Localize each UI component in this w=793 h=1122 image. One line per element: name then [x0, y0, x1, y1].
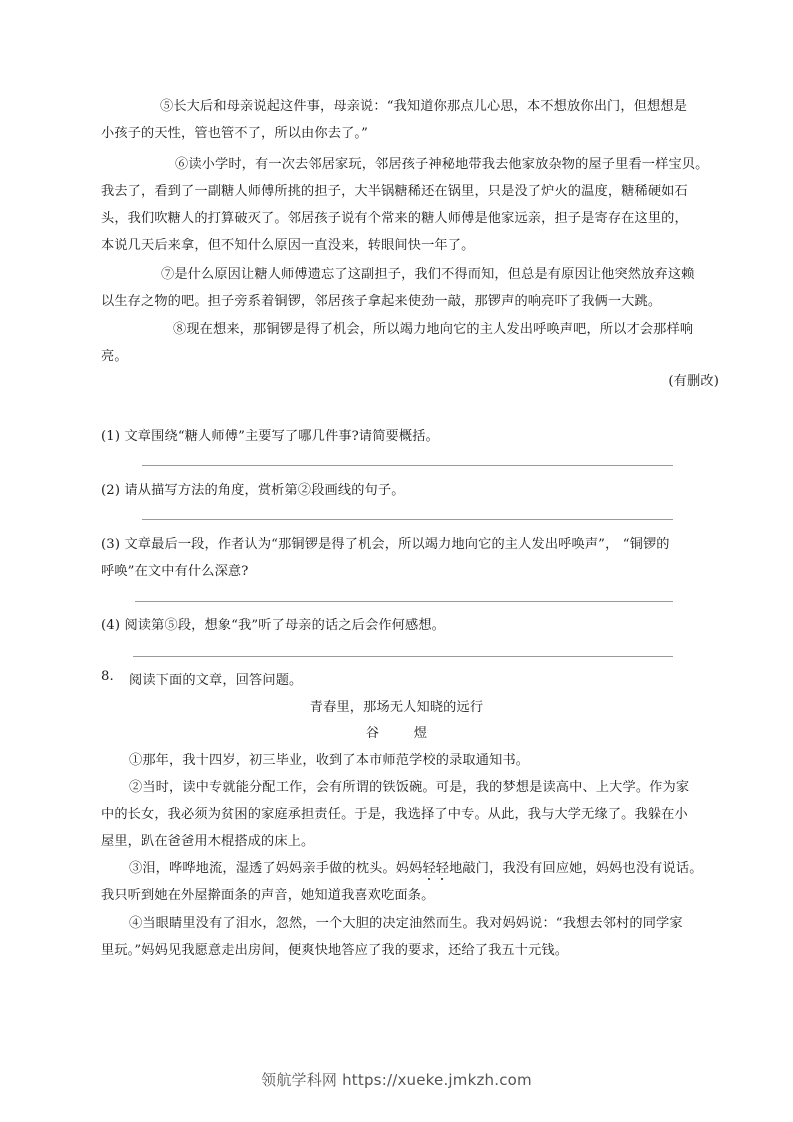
item-8-number: 8. [101, 669, 114, 684]
article-paragraph-3-line-1: ③泪，哗哗地流，湿透了妈妈亲手做的枕头。妈妈轻轻地敲门，我没有回应她，妈妈也没有… [129, 857, 703, 876]
paragraph-8-line-1: ⑧现在想来，那铜锣是得了机会，所以竭力地向它的主人发出呼唤声吧，所以才会那样响 [173, 318, 693, 337]
item-8-instruction: 阅读下面的文章，回答问题。 [129, 669, 302, 688]
answer-line-3[interactable] [135, 601, 673, 602]
paragraph-5-line-2: 小孩子的天性，管也管不了，所以由你去了。” [101, 122, 368, 141]
article-paragraph-1: ①那年，我十四岁，初三毕业，收到了本市师范学校的录取通知书。 [129, 749, 529, 768]
paragraph-6-line-2: 我去了，看到了一副糖人师傅所挑的担子，大半锅糖稀还在锅里，只是没了炉火的温度，糖… [101, 180, 688, 199]
article-paragraph-3-line-2: 我只听到她在外屋擀面条的声音，她知道我喜欢吃面条。 [101, 884, 434, 903]
paragraph-5-line-1: ⑤长大后和母亲说起这件事，母亲说：“我知道你那点儿心思，本不想放你出门，但想想是 [160, 95, 687, 114]
paragraph-6-line-4: 本说几天后来拿，但不知什么原因一直没来，转眼间快一年了。 [101, 234, 474, 253]
answer-line-1[interactable] [142, 465, 673, 466]
article-paragraph-2-line-3: 屋里，趴在爸爸用木棍搭成的床上。 [101, 830, 314, 849]
article-paragraph-4-line-1: ④当眼睛里没有了泪水，忽然，一个大胆的决定油然而生。我对妈妈说：“我想去邻村的同… [129, 912, 683, 931]
question-3-line-2: 呼唤”在文中有什么深意? [101, 560, 249, 579]
footer-watermark: 领航学科网 https://xueke.jmkzh.com [0, 1069, 793, 1090]
article-paragraph-4-line-2: 里玩。”妈妈见我愿意走出房间，便爽快地答应了我的要求，还给了我五十元钱。 [101, 939, 568, 958]
question-3-line-1: (3) 文章最后一段，作者认为“那铜锣是得了机会，所以竭力地向它的主人发出呼唤声… [101, 533, 670, 552]
question-4: (4) 阅读第⑤段，想象“我”听了母亲的话之后会作何感想。 [101, 614, 445, 633]
article-paragraph-2-line-2: 中的长女，我必须为贫困的家庭承担责任。于是，我选择了中专。从此，我与大学无缘了。… [101, 803, 688, 822]
article-paragraph-2-line-1: ②当时，读中专就能分配工作，会有所谓的铁饭碗。可是，我的梦想是读高中、上大学。作… [129, 776, 689, 795]
p3-text-a: ③泪，哗哗地流，湿透了妈妈亲手做的枕头。妈妈 [129, 861, 422, 876]
paragraph-6-line-1: ⑥读小学时，有一次去邻居家玩，邻居孩子神秘地带我去他家放杂物的屋子里看一样宝贝。 [175, 153, 709, 172]
question-2: (2) 请从描写方法的角度，赏析第②段画线的句子。 [101, 479, 405, 498]
emphasis-char: 轻 [436, 861, 449, 876]
paragraph-6-line-3: 头，我们吹糖人的打算破灭了。邻居孩子说有个常来的糖人师傅是他家远亲，担子是寄存在… [101, 207, 688, 226]
answer-line-4[interactable] [133, 656, 673, 657]
article-author: 谷 煜 [0, 722, 793, 741]
paragraph-7-line-1: ⑦是什么原因让糖人师傅遗忘了这副担子，我们不得而知，但总是有原因让他突然放弃这赖 [161, 263, 695, 282]
paragraph-7-line-2: 以生存之物的吧。担子旁系着铜锣，邻居孩子拿起来使劲一敲，那锣声的响亮吓了我俩一大… [101, 290, 661, 309]
emphasis-char: 轻 [422, 861, 435, 876]
source-note: (有删改) [668, 370, 719, 389]
question-1: (1) 文章围绕“糖人师傅”主要写了哪几件事?请简要概括。 [101, 425, 439, 444]
answer-line-2[interactable] [142, 519, 673, 520]
article-title: 青春里，那场无人知晓的远行 [0, 696, 793, 715]
paragraph-8-line-2: 亮。 [101, 345, 128, 364]
p3-text-b: 地敲门，我没有回应她，妈妈也没有说话。 [449, 861, 702, 876]
